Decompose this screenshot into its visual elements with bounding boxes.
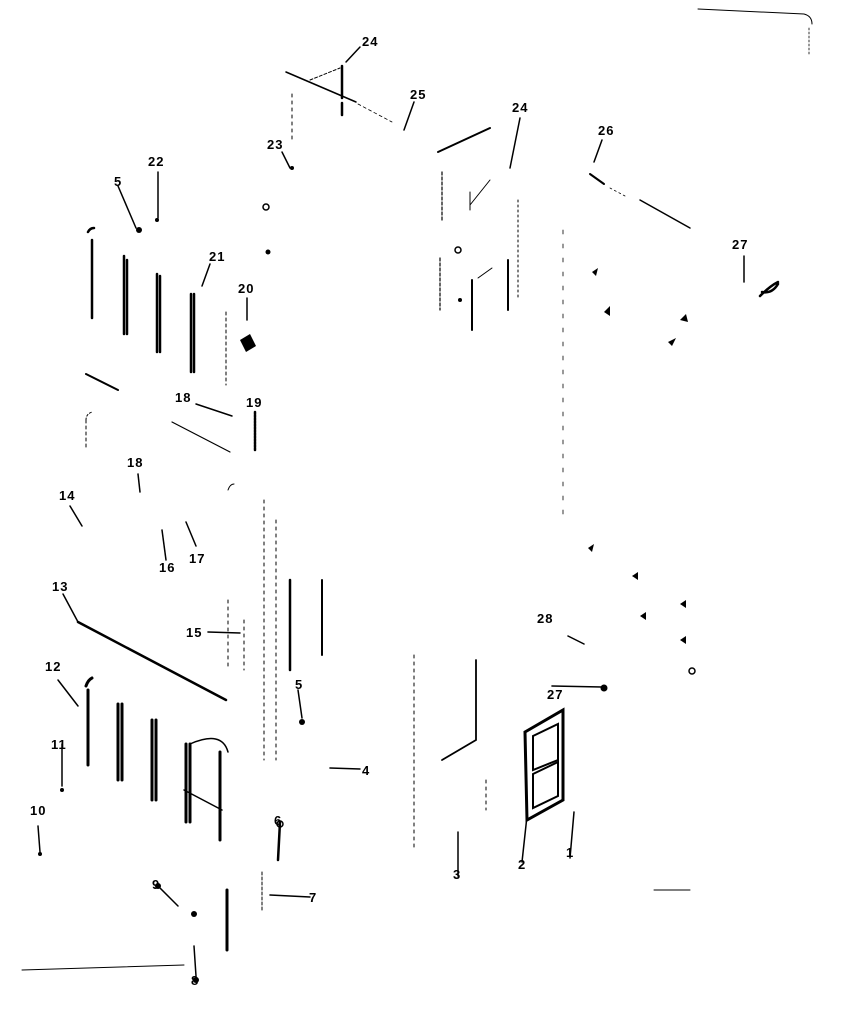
bottom-hardware — [227, 822, 280, 950]
frame-line-top-right — [698, 9, 812, 24]
callout-26: 26 — [598, 124, 614, 137]
callout-25: 25 — [410, 88, 426, 101]
callout-5: 5 — [114, 175, 122, 188]
center-upper-panels — [440, 172, 563, 520]
right-rod-26 — [590, 174, 690, 228]
callout-1: 1 — [566, 846, 574, 859]
rod-13 — [78, 622, 226, 700]
callout-12: 12 — [45, 660, 61, 673]
callout-6: 6 — [274, 814, 282, 827]
callout-9: 9 — [152, 878, 160, 891]
callout-19: 19 — [246, 396, 262, 409]
left-side-panels — [88, 228, 226, 385]
callout-15: 15 — [186, 626, 202, 639]
callout-14: 14 — [59, 489, 75, 502]
callout-2: 2 — [518, 858, 526, 871]
callout-28: 28 — [537, 612, 553, 625]
callout-3: 3 — [453, 868, 461, 881]
callout-27: 27 — [547, 688, 563, 701]
callout-17: 17 — [189, 552, 205, 565]
hollow-fasteners — [263, 204, 695, 827]
bracket-27 — [760, 282, 778, 296]
callout-24: 24 — [512, 101, 528, 114]
top-hinge-assembly — [286, 66, 490, 152]
callout-21: 21 — [209, 250, 225, 263]
callout-18: 18 — [175, 391, 191, 404]
bracket-3 — [442, 660, 476, 760]
callout-10: 10 — [30, 804, 46, 817]
center-rails — [228, 500, 486, 850]
fasteners — [38, 166, 688, 983]
callout-7: 7 — [309, 891, 317, 904]
callout-23: 23 — [267, 138, 283, 151]
callout-20: 20 — [238, 282, 254, 295]
leader-lines — [38, 47, 744, 976]
exploded-parts-diagram — [0, 0, 848, 1024]
callout-16: 16 — [159, 561, 175, 574]
callout-11: 11 — [51, 738, 67, 751]
callout-24: 24 — [362, 35, 378, 48]
frame-line-bottom-left — [22, 965, 184, 970]
control-panel-2 — [525, 686, 602, 820]
callout-13: 13 — [52, 580, 68, 593]
callout-18: 18 — [127, 456, 143, 469]
callout-22: 22 — [148, 155, 164, 168]
mid-left-parts — [86, 374, 255, 490]
callout-4: 4 — [362, 764, 370, 777]
callout-8: 8 — [191, 974, 199, 987]
callout-27: 27 — [732, 238, 748, 251]
left-grille-12 — [86, 678, 228, 840]
callout-5: 5 — [295, 678, 303, 691]
